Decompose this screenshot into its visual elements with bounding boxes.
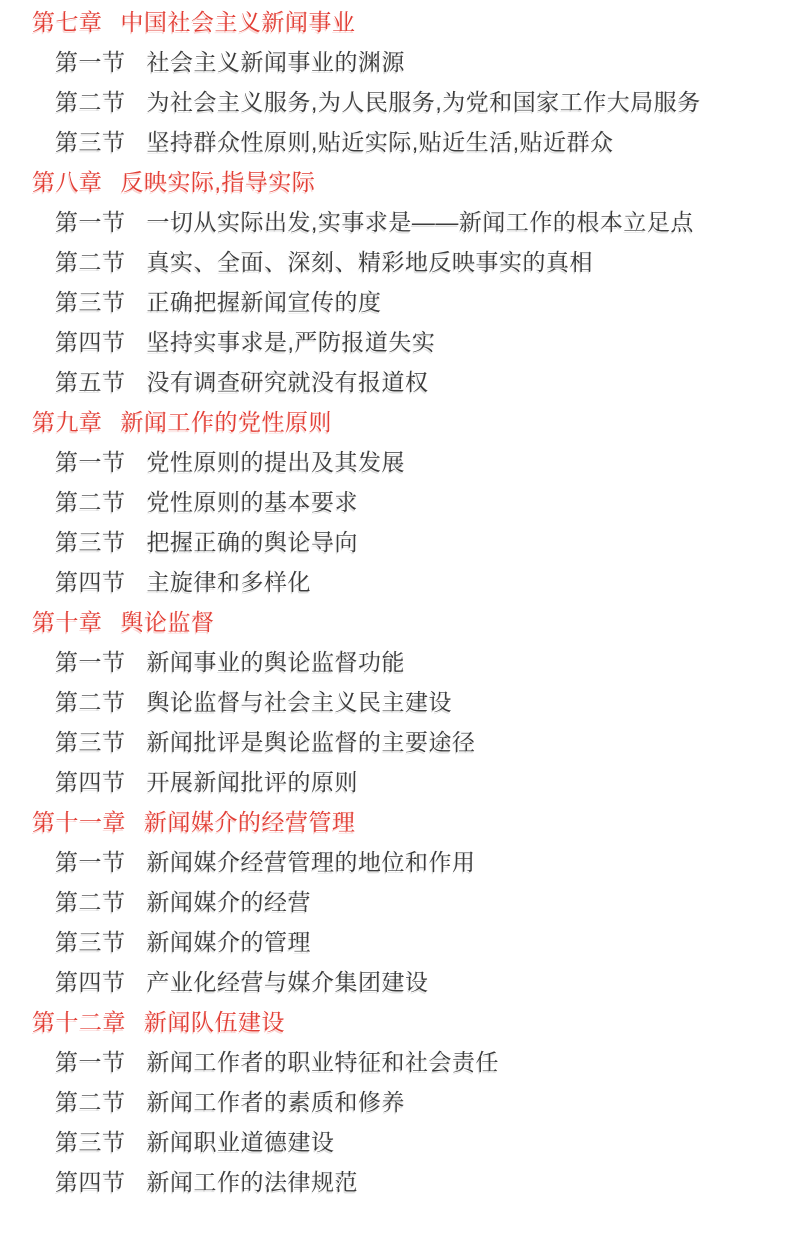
toc-entry: 第三节 坚持群众性原则,贴近实际,贴近生活,贴近群众 <box>0 120 790 160</box>
section-number: 第四节 <box>55 1164 126 1197</box>
section-number: 第二节 <box>55 884 126 917</box>
chapter-title: 中国社会主义新闻事业 <box>121 4 356 37</box>
toc-entry: 第四节 主旋律和多样化 <box>0 560 790 600</box>
section-title: 党性原则的提出及其发展 <box>147 444 406 477</box>
section-number: 第三节 <box>55 1124 126 1157</box>
toc-entry: 第三节 新闻批评是舆论监督的主要途径 <box>0 720 790 760</box>
section-title: 坚持群众性原则,贴近实际,贴近生活,贴近群众 <box>147 124 614 157</box>
toc-entry: 第二节 舆论监督与社会主义民主建设 <box>0 680 790 720</box>
toc-entry: 第一节 一切从实际出发,实事求是——新闻工作的根本立足点 <box>0 200 790 240</box>
chapter-block: 第十章 舆论监督 第一节 新闻事业的舆论监督功能 第二节 舆论监督与社会主义民主… <box>0 600 790 800</box>
section-number: 第二节 <box>55 1084 126 1117</box>
section-title: 产业化经营与媒介集团建设 <box>147 964 429 997</box>
chapter-sections: 第一节 一切从实际出发,实事求是——新闻工作的根本立足点 第二节 真实、全面、深… <box>0 200 790 400</box>
chapter-number: 第十章 <box>32 604 103 637</box>
toc-entry: 第三节 新闻职业道德建设 <box>0 1120 790 1160</box>
chapter-number: 第十一章 <box>32 804 126 837</box>
section-number: 第二节 <box>55 84 126 117</box>
toc-entry: 第一节 新闻事业的舆论监督功能 <box>0 640 790 680</box>
section-number: 第一节 <box>55 1044 126 1077</box>
chapter-block: 第九章 新闻工作的党性原则 第一节 党性原则的提出及其发展 第二节 党性原则的基… <box>0 400 790 600</box>
section-title: 新闻媒介的管理 <box>147 924 312 957</box>
toc-entry: 第四节 坚持实事求是,严防报道失实 <box>0 320 790 360</box>
section-title: 开展新闻批评的原则 <box>147 764 359 797</box>
section-title: 把握正确的舆论导向 <box>147 524 359 557</box>
chapter-sections: 第一节 社会主义新闻事业的渊源 第二节 为社会主义服务,为人民服务,为党和国家工… <box>0 40 790 160</box>
section-number: 第二节 <box>55 484 126 517</box>
chapter-block: 第八章 反映实际,指导实际 第一节 一切从实际出发,实事求是——新闻工作的根本立… <box>0 160 790 400</box>
chapter-sections: 第一节 新闻工作者的职业特征和社会责任 第二节 新闻工作者的素质和修养 第三节 … <box>0 1040 790 1200</box>
chapter-sections: 第一节 新闻事业的舆论监督功能 第二节 舆论监督与社会主义民主建设 第三节 新闻… <box>0 640 790 800</box>
section-title: 舆论监督与社会主义民主建设 <box>147 684 453 717</box>
section-title: 主旋律和多样化 <box>147 564 312 597</box>
section-title: 社会主义新闻事业的渊源 <box>147 44 406 77</box>
section-title: 新闻批评是舆论监督的主要途径 <box>147 724 476 757</box>
section-title: 新闻事业的舆论监督功能 <box>147 644 406 677</box>
toc-entry: 第三节 新闻媒介的管理 <box>0 920 790 960</box>
section-title: 坚持实事求是,严防报道失实 <box>147 324 436 357</box>
chapter-title: 新闻工作的党性原则 <box>121 404 333 437</box>
toc-entry: 第四节 新闻工作的法律规范 <box>0 1160 790 1200</box>
section-number: 第四节 <box>55 564 126 597</box>
table-of-contents: 第七章 中国社会主义新闻事业 第一节 社会主义新闻事业的渊源 第二节 为社会主义… <box>0 0 790 1200</box>
section-number: 第三节 <box>55 284 126 317</box>
section-number: 第二节 <box>55 244 126 277</box>
toc-entry: 第二节 为社会主义服务,为人民服务,为党和国家工作大局服务 <box>0 80 790 120</box>
toc-entry: 第一节 新闻工作者的职业特征和社会责任 <box>0 1040 790 1080</box>
chapter-heading: 第十二章 新闻队伍建设 <box>0 1000 790 1040</box>
chapter-sections: 第一节 新闻媒介经营管理的地位和作用 第二节 新闻媒介的经营 第三节 新闻媒介的… <box>0 840 790 1000</box>
toc-entry: 第一节 党性原则的提出及其发展 <box>0 440 790 480</box>
toc-entry: 第二节 党性原则的基本要求 <box>0 480 790 520</box>
section-number: 第三节 <box>55 724 126 757</box>
section-title: 新闻媒介的经营 <box>147 884 312 917</box>
chapter-block: 第七章 中国社会主义新闻事业 第一节 社会主义新闻事业的渊源 第二节 为社会主义… <box>0 0 790 160</box>
section-title: 为社会主义服务,为人民服务,为党和国家工作大局服务 <box>147 84 701 117</box>
chapter-number: 第八章 <box>32 164 103 197</box>
chapter-block: 第十二章 新闻队伍建设 第一节 新闻工作者的职业特征和社会责任 第二节 新闻工作… <box>0 1000 790 1200</box>
chapter-title: 反映实际,指导实际 <box>121 164 316 197</box>
section-title: 新闻工作的法律规范 <box>147 1164 359 1197</box>
section-title: 没有调查研究就没有报道权 <box>147 364 429 397</box>
section-title: 一切从实际出发,实事求是——新闻工作的根本立足点 <box>147 204 694 237</box>
section-title: 新闻媒介经营管理的地位和作用 <box>147 844 476 877</box>
chapter-title: 舆论监督 <box>121 604 215 637</box>
section-title: 新闻工作者的素质和修养 <box>147 1084 406 1117</box>
section-number: 第三节 <box>55 924 126 957</box>
section-number: 第三节 <box>55 124 126 157</box>
section-title: 新闻职业道德建设 <box>147 1124 335 1157</box>
section-number: 第一节 <box>55 644 126 677</box>
section-number: 第一节 <box>55 844 126 877</box>
toc-entry: 第一节 社会主义新闻事业的渊源 <box>0 40 790 80</box>
toc-entry: 第二节 新闻媒介的经营 <box>0 880 790 920</box>
section-number: 第三节 <box>55 524 126 557</box>
chapter-block: 第十一章 新闻媒介的经营管理 第一节 新闻媒介经营管理的地位和作用 第二节 新闻… <box>0 800 790 1000</box>
section-number: 第一节 <box>55 44 126 77</box>
chapter-title: 新闻队伍建设 <box>144 1004 285 1037</box>
section-number: 第一节 <box>55 204 126 237</box>
toc-entry: 第一节 新闻媒介经营管理的地位和作用 <box>0 840 790 880</box>
section-title: 真实、全面、深刻、精彩地反映事实的真相 <box>147 244 594 277</box>
chapter-heading: 第十一章 新闻媒介的经营管理 <box>0 800 790 840</box>
section-title: 正确把握新闻宣传的度 <box>147 284 382 317</box>
section-number: 第五节 <box>55 364 126 397</box>
section-number: 第四节 <box>55 964 126 997</box>
section-number: 第一节 <box>55 444 126 477</box>
section-number: 第四节 <box>55 324 126 357</box>
chapter-number: 第十二章 <box>32 1004 126 1037</box>
chapter-heading: 第九章 新闻工作的党性原则 <box>0 400 790 440</box>
chapter-sections: 第一节 党性原则的提出及其发展 第二节 党性原则的基本要求 第三节 把握正确的舆… <box>0 440 790 600</box>
chapter-heading: 第十章 舆论监督 <box>0 600 790 640</box>
chapter-heading: 第七章 中国社会主义新闻事业 <box>0 0 790 40</box>
chapter-number: 第七章 <box>32 4 103 37</box>
section-number: 第四节 <box>55 764 126 797</box>
chapter-number: 第九章 <box>32 404 103 437</box>
chapter-title: 新闻媒介的经营管理 <box>144 804 356 837</box>
toc-entry: 第五节 没有调查研究就没有报道权 <box>0 360 790 400</box>
toc-entry: 第二节 真实、全面、深刻、精彩地反映事实的真相 <box>0 240 790 280</box>
section-number: 第二节 <box>55 684 126 717</box>
chapter-heading: 第八章 反映实际,指导实际 <box>0 160 790 200</box>
toc-entry: 第四节 产业化经营与媒介集团建设 <box>0 960 790 1000</box>
toc-entry: 第二节 新闻工作者的素质和修养 <box>0 1080 790 1120</box>
section-title: 新闻工作者的职业特征和社会责任 <box>147 1044 500 1077</box>
toc-entry: 第四节 开展新闻批评的原则 <box>0 760 790 800</box>
toc-entry: 第三节 把握正确的舆论导向 <box>0 520 790 560</box>
toc-entry: 第三节 正确把握新闻宣传的度 <box>0 280 790 320</box>
section-title: 党性原则的基本要求 <box>147 484 359 517</box>
